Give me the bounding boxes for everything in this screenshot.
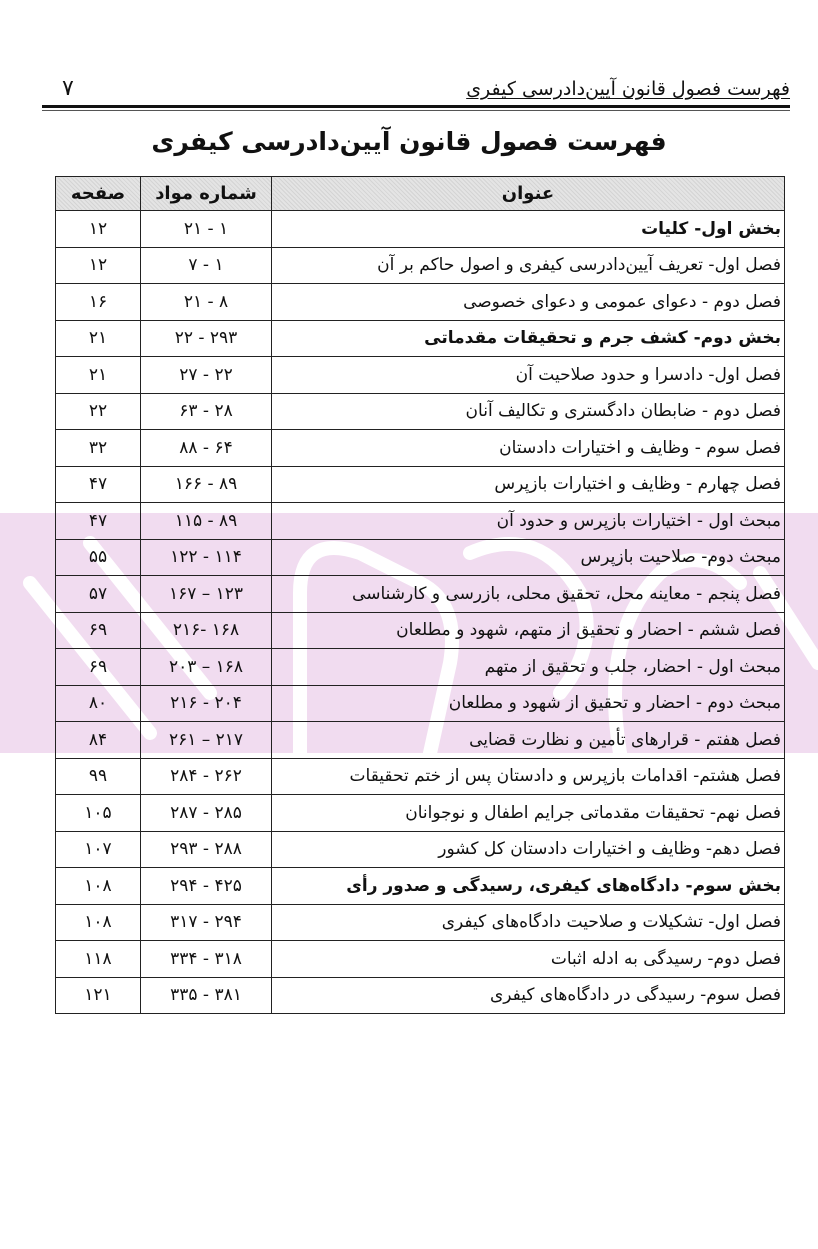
chapter-title: فصل دوم - ضابطان دادگستری و تکالیف آنان <box>272 393 785 430</box>
article-range: ۳۱۸ - ۳۳۴ <box>141 941 272 978</box>
table-row: فصل اول- تعریف آیین‌دادرسی کیفری و اصول … <box>56 247 785 284</box>
table-row: مبحث اول - احضار، جلب و تحقیق از متهم۱۶۸… <box>56 649 785 686</box>
chapter-title: فصل اول- تعریف آیین‌دادرسی کیفری و اصول … <box>272 247 785 284</box>
article-range: ۲۱۷ – ۲۶۱ <box>141 722 272 759</box>
table-row: مبحث دوم - احضار و تحقیق از شهود و مطلعا… <box>56 685 785 722</box>
header-rule <box>42 105 790 108</box>
column-header-title: عنوان <box>272 177 785 211</box>
table-row: فصل اول- تشکیلات و صلاحیت دادگاه‌های کیف… <box>56 904 785 941</box>
article-range: ۲۸۸ - ۲۹۳ <box>141 831 272 868</box>
article-range: ۱۶۸ -۲۱۶ <box>141 612 272 649</box>
chapter-title: فصل چهارم - وظایف و اختیارات بازپرس <box>272 466 785 503</box>
toc-body: بخش اول- کلیات۱ - ۲۱۱۲فصل اول- تعریف آیی… <box>56 211 785 1014</box>
article-range: ۱ - ۲۱ <box>141 211 272 248</box>
article-range: ۸۹ - ۱۶۶ <box>141 466 272 503</box>
table-row: فصل هشتم- اقدامات بازپرس و دادستان پس از… <box>56 758 785 795</box>
column-header-page: صفحه <box>56 177 141 211</box>
table-row: بخش اول- کلیات۱ - ۲۱۱۲ <box>56 211 785 248</box>
table-row: مبحث اول - اختیارات بازپرس و حدود آن۸۹ -… <box>56 503 785 540</box>
chapter-title: مبحث دوم - احضار و تحقیق از شهود و مطلعا… <box>272 685 785 722</box>
chapter-title: فصل هفتم - قرارهای تأمین و نظارت قضایی <box>272 722 785 759</box>
chapter-title: فصل دوم- رسیدگی به ادله اثبات <box>272 941 785 978</box>
table-row: فصل چهارم - وظایف و اختیارات بازپرس۸۹ - … <box>56 466 785 503</box>
chapter-title: مبحث دوم- صلاحیت بازپرس <box>272 539 785 576</box>
article-range: ۲۹۳ - ۲۲ <box>141 320 272 357</box>
page-ref: ۱۰۷ <box>56 831 141 868</box>
section-title: بخش اول- کلیات <box>272 211 785 248</box>
page-ref: ۵۷ <box>56 576 141 613</box>
article-range: ۳۸۱ - ۳۳۵ <box>141 977 272 1014</box>
table-row: فصل دوم - دعوای عمومی و دعوای خصوصی۸ - ۲… <box>56 284 785 321</box>
article-range: ۸ - ۲۱ <box>141 284 272 321</box>
page-ref: ۱۰۸ <box>56 868 141 905</box>
page-ref: ۱۲۱ <box>56 977 141 1014</box>
table-row: فصل ششم - احضار و تحقیق از متهم، شهود و … <box>56 612 785 649</box>
toc-table: عنوان شماره مواد صفحه بخش اول- کلیات۱ - … <box>55 176 785 1014</box>
chapter-title: فصل اول- دادسرا و حدود صلاحیت آن <box>272 357 785 394</box>
running-header: فهرست فصول قانون آیین‌دادرسی کیفری ۷ <box>42 78 790 104</box>
page-ref: ۲۱ <box>56 357 141 394</box>
page-ref: ۸۴ <box>56 722 141 759</box>
page-ref: ۲۲ <box>56 393 141 430</box>
chapter-title: فصل هشتم- اقدامات بازپرس و دادستان پس از… <box>272 758 785 795</box>
section-title: بخش دوم- کشف جرم و تحقیقات مقدماتی <box>272 320 785 357</box>
table-row: فصل اول- دادسرا و حدود صلاحیت آن۲۲ - ۲۷۲… <box>56 357 785 394</box>
table-row: فصل نهم- تحقیقات مقدماتی جرایم اطفال و ن… <box>56 795 785 832</box>
article-range: ۱۶۸ – ۲۰۳ <box>141 649 272 686</box>
page-ref: ۲۱ <box>56 320 141 357</box>
toc-header-row: عنوان شماره مواد صفحه <box>56 177 785 211</box>
page-ref: ۳۲ <box>56 430 141 467</box>
chapter-title: فصل ششم - احضار و تحقیق از متهم، شهود و … <box>272 612 785 649</box>
table-row: بخش سوم- دادگاه‌های کیفری، رسیدگی و صدور… <box>56 868 785 905</box>
page-ref: ۱۶ <box>56 284 141 321</box>
chapter-title: فصل دوم - دعوای عمومی و دعوای خصوصی <box>272 284 785 321</box>
chapter-title: مبحث اول - احضار، جلب و تحقیق از متهم <box>272 649 785 686</box>
chapter-title: فصل اول- تشکیلات و صلاحیت دادگاه‌های کیف… <box>272 904 785 941</box>
section-title: بخش سوم- دادگاه‌های کیفری، رسیدگی و صدور… <box>272 868 785 905</box>
table-row: فصل پنجم - معاینه محل، تحقیق محلی، بازرس… <box>56 576 785 613</box>
chapter-title: فصل نهم- تحقیقات مقدماتی جرایم اطفال و ن… <box>272 795 785 832</box>
running-title: فهرست فصول قانون آیین‌دادرسی کیفری <box>466 78 790 100</box>
page-ref: ۱۰۵ <box>56 795 141 832</box>
page-ref: ۹۹ <box>56 758 141 795</box>
article-range: ۲۹۴ - ۳۱۷ <box>141 904 272 941</box>
article-range: ۲۰۴ - ۲۱۶ <box>141 685 272 722</box>
page-ref: ۵۵ <box>56 539 141 576</box>
article-range: ۲۸ - ۶۳ <box>141 393 272 430</box>
table-row: مبحث دوم- صلاحیت بازپرس۱۱۴ - ۱۲۲۵۵ <box>56 539 785 576</box>
chapter-title: فصل دهم- وظایف و اختیارات دادستان کل کشو… <box>272 831 785 868</box>
table-row: بخش دوم- کشف جرم و تحقیقات مقدماتی۲۹۳ - … <box>56 320 785 357</box>
page-ref: ۸۰ <box>56 685 141 722</box>
table-row: فصل سوم- رسیدگی در دادگاه‌های کیفری۳۸۱ -… <box>56 977 785 1014</box>
table-row: فصل دهم- وظایف و اختیارات دادستان کل کشو… <box>56 831 785 868</box>
article-range: ۴۲۵ - ۲۹۴ <box>141 868 272 905</box>
table-row: فصل سوم - وظایف و اختیارات دادستان۶۴ - ۸… <box>56 430 785 467</box>
page-ref: ۶۹ <box>56 612 141 649</box>
page-ref: ۶۹ <box>56 649 141 686</box>
chapter-title: فصل سوم- رسیدگی در دادگاه‌های کیفری <box>272 977 785 1014</box>
table-row: فصل دوم- رسیدگی به ادله اثبات۳۱۸ - ۳۳۴۱۱… <box>56 941 785 978</box>
table-row: فصل هفتم - قرارهای تأمین و نظارت قضایی۲۱… <box>56 722 785 759</box>
header-rule-thin <box>42 110 790 111</box>
table-row: فصل دوم - ضابطان دادگستری و تکالیف آنان۲… <box>56 393 785 430</box>
article-range: ۲۸۵ - ۲۸۷ <box>141 795 272 832</box>
chapter-title: فصل پنجم - معاینه محل، تحقیق محلی، بازرس… <box>272 576 785 613</box>
document-title: فهرست فصول قانون آیین‌دادرسی کیفری <box>0 127 818 156</box>
article-range: ۲۲ - ۲۷ <box>141 357 272 394</box>
article-range: ۸۹ - ۱۱۵ <box>141 503 272 540</box>
chapter-title: فصل سوم - وظایف و اختیارات دادستان <box>272 430 785 467</box>
article-range: ۲۶۲ - ۲۸۴ <box>141 758 272 795</box>
page-ref: ۱۲ <box>56 247 141 284</box>
chapter-title: مبحث اول - اختیارات بازپرس و حدود آن <box>272 503 785 540</box>
article-range: ۱۲۳ – ۱۶۷ <box>141 576 272 613</box>
column-header-articles: شماره مواد <box>141 177 272 211</box>
page-number: ۷ <box>62 76 74 101</box>
article-range: ۶۴ - ۸۸ <box>141 430 272 467</box>
page-ref: ۴۷ <box>56 503 141 540</box>
page-ref: ۱۲ <box>56 211 141 248</box>
page-ref: ۱۱۸ <box>56 941 141 978</box>
page-ref: ۱۰۸ <box>56 904 141 941</box>
article-range: ۱ - ۷ <box>141 247 272 284</box>
page-ref: ۴۷ <box>56 466 141 503</box>
article-range: ۱۱۴ - ۱۲۲ <box>141 539 272 576</box>
